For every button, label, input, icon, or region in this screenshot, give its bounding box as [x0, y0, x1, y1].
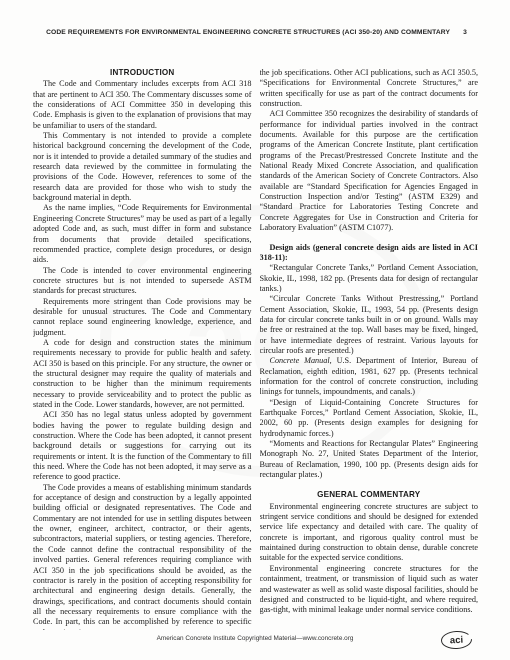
two-column-body: INTRODUCTION The Code and Commentary inc… — [33, 68, 478, 630]
design-aid-citation: Portland Cement Association, Skokie, IL,… — [260, 294, 479, 355]
paragraph: This Commentary is not intended to provi… — [33, 131, 252, 203]
page-number: 3 — [463, 29, 467, 36]
design-aid-title: “Circular Concrete Tanks Without Prestre… — [270, 294, 445, 303]
paragraph: Requirements more stringent than Code pr… — [33, 297, 252, 338]
design-aid-item: “Moments and Reactions for Rectangular P… — [260, 439, 479, 480]
paragraph: Environmental engineering concrete struc… — [260, 502, 479, 564]
right-column: the job specifications. Other ACI public… — [260, 68, 479, 630]
design-aid-item: “Rectangular Concrete Tanks,” Portland C… — [260, 263, 479, 294]
page-header: CODE REQUIREMENTS FOR ENVIRONMENTAL ENGI… — [33, 29, 480, 36]
running-title: CODE REQUIREMENTS FOR ENVIRONMENTAL ENGI… — [46, 29, 450, 36]
section-heading-introduction: INTRODUCTION — [33, 68, 252, 78]
paragraph: As the name implies, “Code Requirements … — [33, 203, 252, 265]
footer-copyright: American Concrete Institute Copyrighted … — [0, 635, 510, 642]
paragraph: The Code provides a means of establishin… — [33, 483, 252, 630]
left-column: INTRODUCTION The Code and Commentary inc… — [33, 68, 252, 630]
design-aid-item: “Design of Liquid-Containing Concrete St… — [260, 398, 479, 439]
document-page: aci CODE REQUIREMENTS FOR ENVIRONMENTAL … — [0, 0, 510, 660]
paragraph: Environmental engineering concrete struc… — [260, 564, 479, 616]
design-aid-title: “Moments and Reactions for Rectangular P… — [270, 439, 436, 448]
paragraph: A code for design and construction state… — [33, 338, 252, 410]
design-aid-title: “Rectangular Concrete Tanks,” — [270, 263, 375, 272]
paragraph-continuation: the job specifications. Other ACI public… — [260, 68, 479, 109]
paragraph: ACI 350 has no legal status unless adopt… — [33, 410, 252, 482]
design-aid-item: Concrete Manual, U.S. Department of Inte… — [260, 356, 479, 397]
design-aid-item: “Circular Concrete Tanks Without Prestre… — [260, 294, 479, 356]
paragraph: ACI Committee 350 recognizes the desirab… — [260, 109, 479, 233]
design-aids-heading: Design aids (general concrete design aid… — [260, 243, 479, 264]
paragraph: The Code is intended to cover environmen… — [33, 266, 252, 297]
paragraph: The Code and Commentary includes excerpt… — [33, 79, 252, 131]
aci-logo: aci — [441, 630, 473, 650]
design-aid-title: Concrete Manual — [270, 356, 330, 365]
section-heading-general-commentary: GENERAL COMMENTARY — [260, 490, 479, 500]
